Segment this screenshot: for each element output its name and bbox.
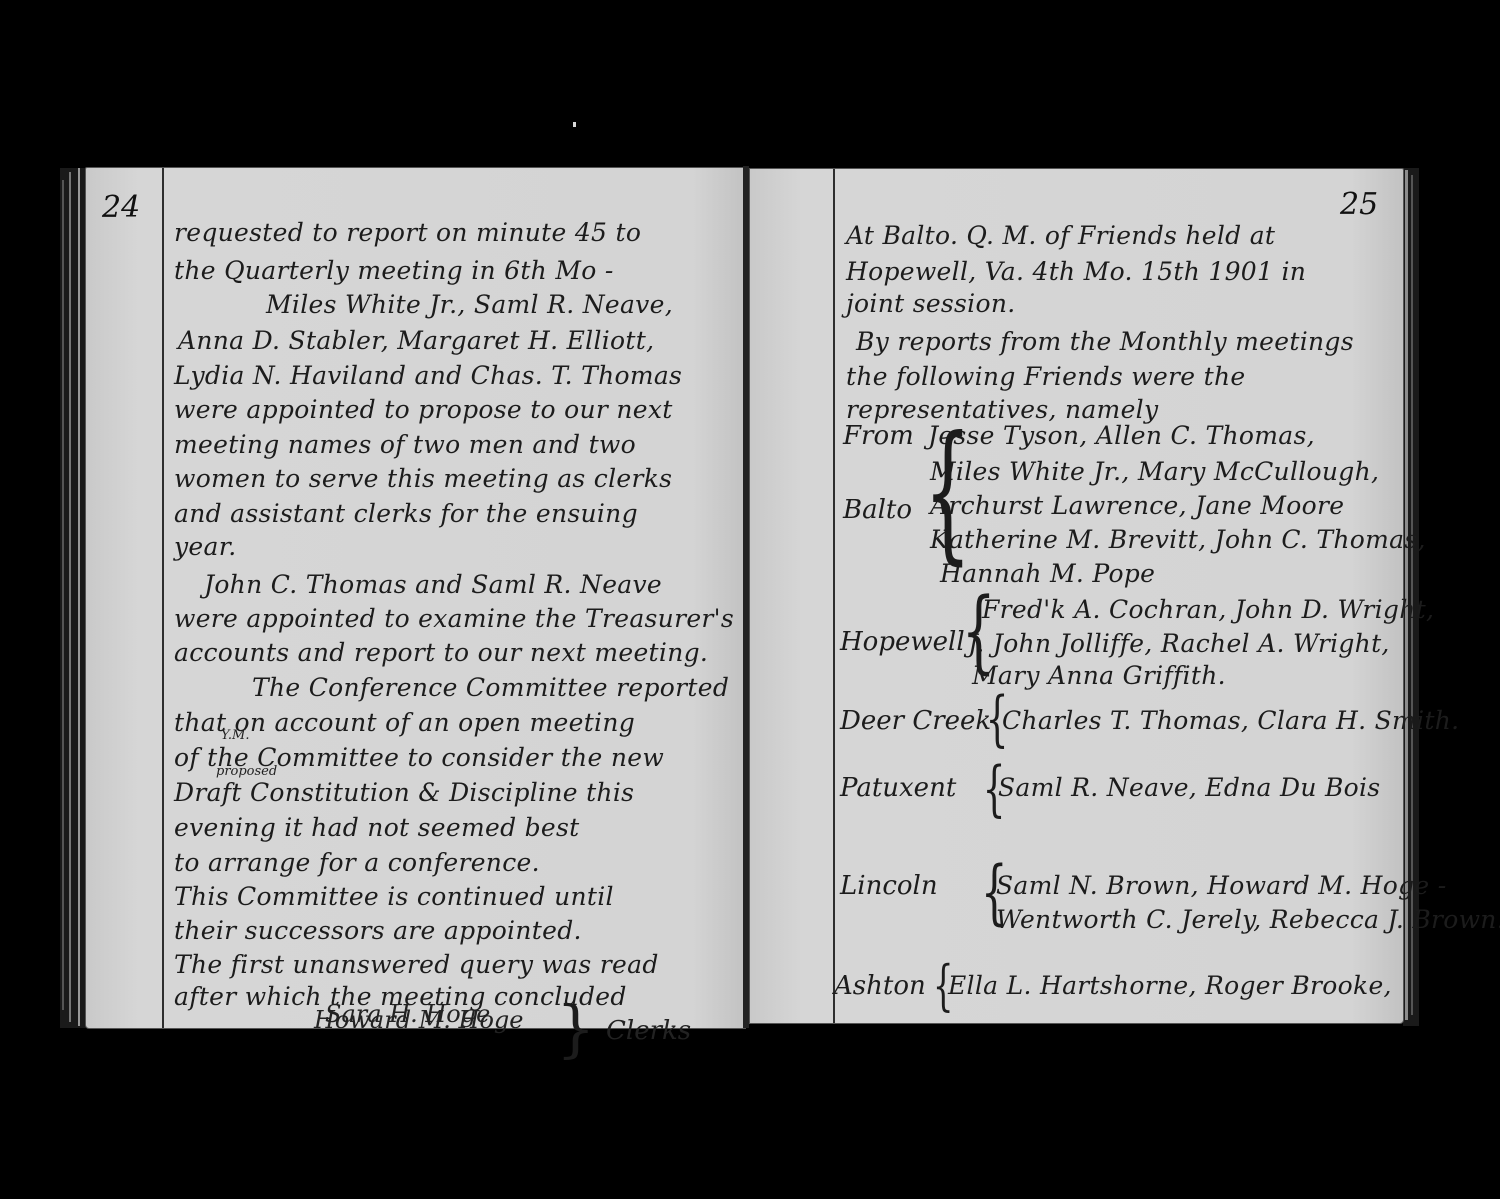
insertion-proposed: proposed — [216, 764, 277, 779]
right-page: 25 At Balto. Q. M. of Friends held at Ho… — [749, 168, 1404, 1024]
header-line: At Balto. Q. M. of Friends held at — [846, 221, 1275, 250]
page-number: 24 — [102, 190, 140, 225]
text-line: Miles White Jr., Saml R. Neave, — [266, 290, 673, 319]
rep-name-line: Fred'k A. Cochran, John D. Wright, — [982, 595, 1434, 624]
rep-name-line: Katherine M. Brevitt, John C. Thomas, — [930, 525, 1426, 554]
from-label: From — [843, 421, 914, 451]
meeting-label-hopewell: Hopewell — [840, 627, 965, 657]
clerks-label: Clerks — [606, 1016, 691, 1046]
page-edge-line — [69, 172, 71, 1022]
insertion-ym: Y.M. — [221, 728, 249, 743]
text-line: Anna D. Stabler, Margaret H. Elliott, — [178, 326, 654, 355]
text-line: The Conference Committee reported — [252, 673, 729, 702]
meeting-label-lincoln: Lincoln — [840, 871, 938, 901]
text-line: women to serve this meeting as clerks — [174, 464, 672, 493]
meeting-label-balto: Balto — [843, 495, 912, 525]
rep-name-line: Mary Anna Griffith. — [972, 661, 1226, 690]
rep-name-line: J. John Jolliffe, Rachel A. Wright, — [968, 629, 1390, 658]
rep-name-line: Charles T. Thomas, Clara H. Smith. — [1002, 706, 1459, 735]
header-line: the following Friends were the — [846, 362, 1245, 391]
text-line: were appointed to examine the Treasurer'… — [174, 604, 734, 633]
header-line: By reports from the Monthly meetings — [856, 327, 1354, 356]
text-line: meeting names of two men and two — [174, 430, 636, 459]
text-line: were appointed to propose to our next — [174, 395, 673, 424]
rep-name-line: Saml N. Brown, Howard M. Hoge - — [996, 871, 1447, 900]
header-line: Hopewell, Va. 4th Mo. 15th 1901 in — [846, 257, 1306, 286]
rep-name-line: Ella L. Hartshorne, Roger Brooke, — [948, 971, 1392, 1000]
text-line: The first unanswered query was read — [174, 950, 659, 979]
text-line: their successors are appointed. — [174, 916, 582, 945]
text-line: year. — [174, 532, 236, 561]
page-edge-line — [62, 180, 64, 1010]
text-line: This Committee is continued until — [174, 882, 614, 911]
rep-name-line: Archurst Lawrence, Jane Moore — [930, 491, 1344, 520]
text-line: John C. Thomas and Saml R. Neave — [204, 570, 662, 599]
meeting-label-deer-creek: Deer Creek — [840, 706, 991, 736]
text-line: evening it had not seemed best — [174, 813, 580, 842]
scan-speck — [573, 122, 576, 127]
text-line: accounts and report to our next meeting. — [174, 638, 708, 667]
rep-name-line: Wentworth C. Jerely, Rebecca J. Brown. — [996, 905, 1500, 934]
signature-sara-hoge: Sara H. Hoge — [325, 1000, 490, 1028]
text-line: Lydia N. Haviland and Chas. T. Thomas — [174, 361, 682, 390]
rep-name-line: Saml R. Neave, Edna Du Bois — [998, 773, 1380, 802]
page-number: 25 — [1340, 187, 1378, 222]
margin-rule — [162, 168, 164, 1028]
text-line: requested to report on minute 45 to — [174, 218, 641, 247]
text-line: and assistant clerks for the ensuing — [174, 499, 638, 528]
signature-brace: } — [556, 998, 595, 1060]
rep-name-line: Miles White Jr., Mary McCullough, — [930, 457, 1379, 486]
text-line: the Quarterly meeting in 6th Mo - — [174, 256, 614, 285]
text-line: Draft Constitution & Discipline this — [174, 778, 634, 807]
meeting-label-patuxent: Patuxent — [840, 773, 956, 803]
rep-name-line: Jesse Tyson, Allen C. Thomas, — [928, 421, 1315, 450]
text-line: to arrange for a conference. — [174, 848, 540, 877]
left-page: 24 requested to report on minute 45 to t… — [85, 167, 746, 1029]
meeting-label-ashton: Ashton — [834, 971, 926, 1001]
header-line: representatives, namely — [846, 395, 1158, 424]
margin-rule — [833, 169, 835, 1023]
page-edge-line — [78, 168, 80, 1026]
header-line: joint session. — [846, 289, 1015, 318]
